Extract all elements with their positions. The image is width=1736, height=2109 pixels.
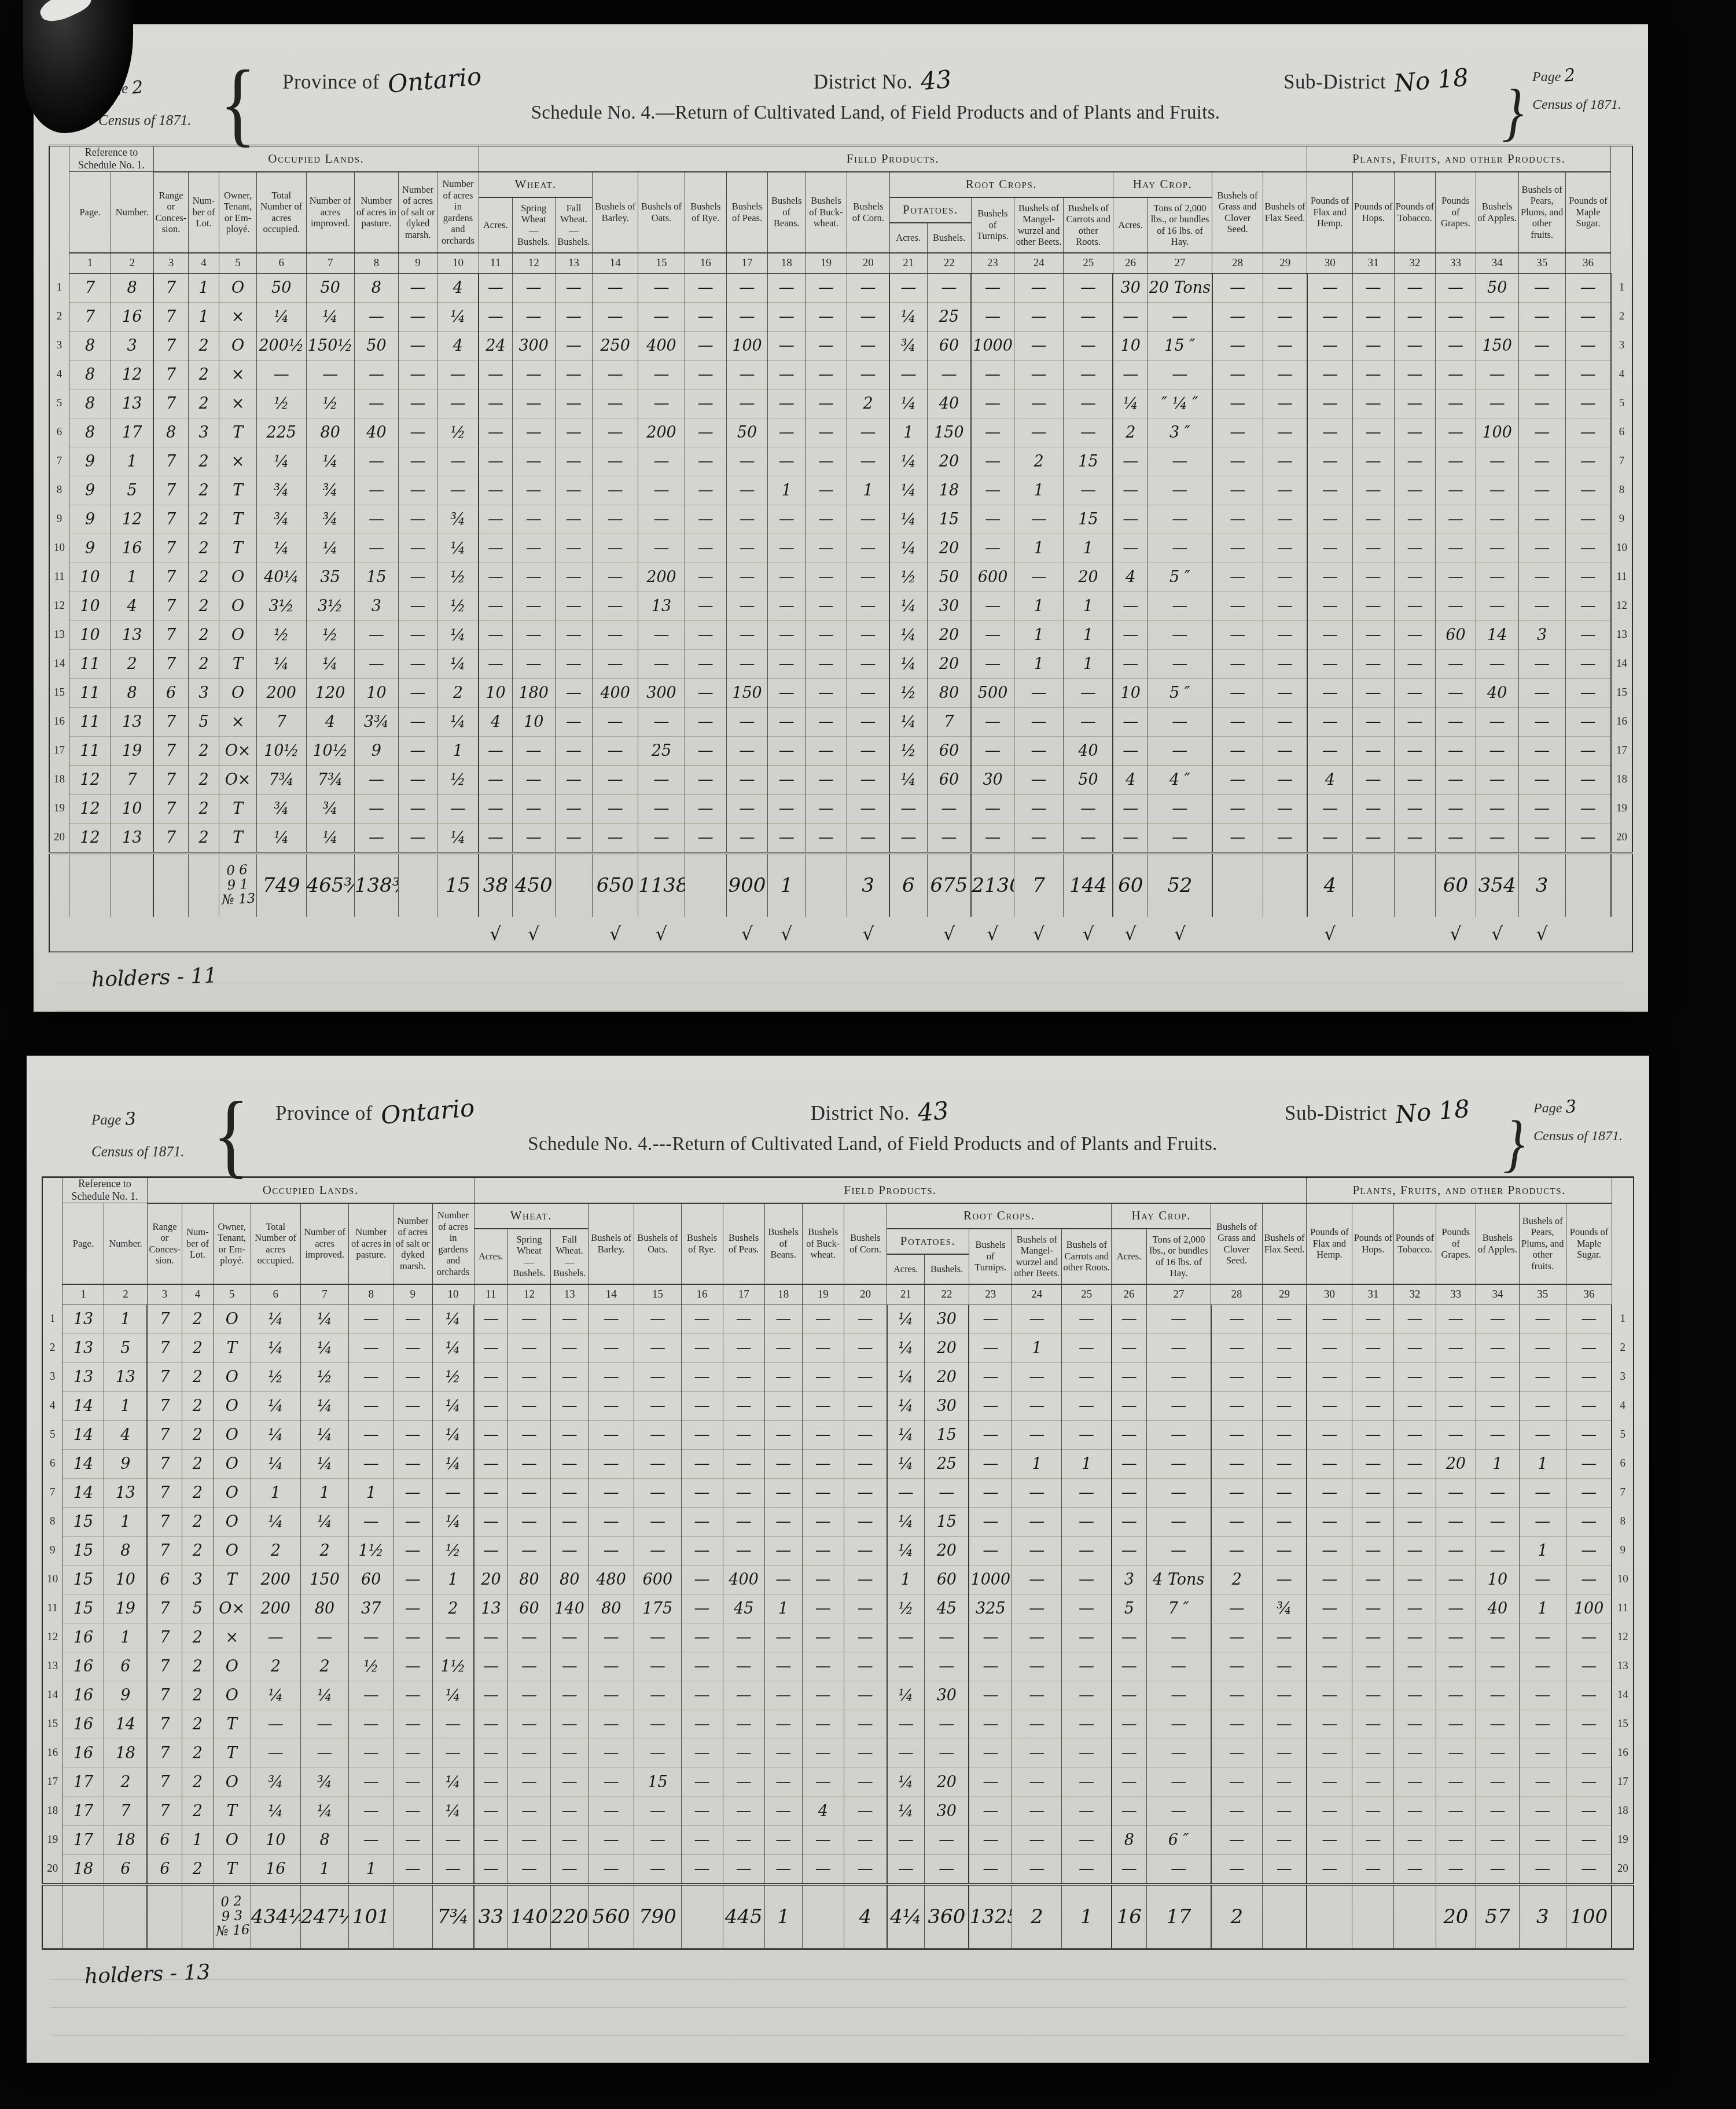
cell: — <box>1394 649 1436 678</box>
group-root-crops: Root Crops. <box>889 172 1113 197</box>
table-row: 991272T¾¾——¾——————————¼15——15———————————… <box>49 505 1632 534</box>
check-mark: √ <box>479 917 512 953</box>
cell: — <box>971 418 1014 447</box>
cell: — <box>1519 1739 1566 1768</box>
table-row: 16111375×743¾—¼410————————¼7————————————… <box>49 707 1632 736</box>
cell: O <box>219 273 257 302</box>
cell: — <box>969 1825 1012 1854</box>
cell: — <box>1112 1623 1146 1652</box>
column-number-1: 1 <box>69 253 111 274</box>
cell: — <box>1014 418 1064 447</box>
cell: — <box>399 302 437 331</box>
column-header-12: Spring Wheat — Bushels. <box>512 197 555 253</box>
column-number-22: 22 <box>925 1284 969 1305</box>
cell: — <box>1146 1507 1211 1536</box>
column-header-30: Pounds of Flax and Hemp. <box>1307 172 1353 253</box>
cell: — <box>971 794 1014 823</box>
cell: 25 <box>925 1449 969 1478</box>
cell: — <box>300 1739 349 1768</box>
row-number: 3 <box>49 331 69 360</box>
cell: — <box>969 1420 1012 1449</box>
cell: 9 <box>104 1681 147 1710</box>
cell: — <box>1262 1739 1307 1768</box>
cell: — <box>1113 823 1147 853</box>
cell: 60 <box>1436 620 1476 649</box>
cell: — <box>589 1652 634 1681</box>
cell: 8 <box>111 273 153 302</box>
cell: — <box>507 1362 550 1391</box>
cell: 400 <box>723 1565 764 1594</box>
cell: — <box>354 360 398 389</box>
cell: — <box>1014 505 1064 534</box>
column-number-3: 3 <box>153 253 188 274</box>
cell: — <box>1014 302 1064 331</box>
group-plants-fruits: Plants, Fruits, and other Products. <box>1307 1177 1612 1203</box>
cell: — <box>768 505 806 534</box>
cell: — <box>1112 1739 1146 1768</box>
cell: — <box>1012 1565 1062 1594</box>
totals-cell: 360 <box>925 1884 969 1949</box>
cell: — <box>555 563 593 591</box>
cell: — <box>1262 1681 1307 1710</box>
corner-page-number-handwritten: 2 <box>1563 58 1576 92</box>
row-number: 4 <box>49 360 69 389</box>
cell: O <box>213 1536 251 1565</box>
cell: — <box>681 1333 723 1362</box>
cell: — <box>1352 389 1394 418</box>
cell: — <box>1148 476 1212 505</box>
cell: O <box>213 1768 251 1796</box>
row-number: 20 <box>1612 1854 1634 1884</box>
cell: — <box>512 765 555 794</box>
cell: — <box>889 794 927 823</box>
cell: — <box>1064 389 1113 418</box>
cell: 2 <box>189 360 219 389</box>
cell: — <box>1476 389 1518 418</box>
cell: 2 <box>189 620 219 649</box>
subdistrict-label: Sub-District <box>1285 1102 1387 1125</box>
totals-cell: 60 <box>1113 853 1147 917</box>
cell: O <box>219 563 257 591</box>
group-root-crops: Root Crops. <box>887 1203 1112 1229</box>
cell: — <box>1062 1420 1112 1449</box>
cell: — <box>1436 505 1476 534</box>
cell: — <box>723 1420 764 1449</box>
cell: — <box>844 1420 887 1449</box>
cell: 100 <box>1566 1594 1612 1623</box>
cell: 7 <box>153 360 188 389</box>
cell: — <box>634 1362 681 1391</box>
column-number-14: 14 <box>593 253 638 274</box>
row-number: 6 <box>1612 1449 1634 1478</box>
schedule4-table: Reference to Schedule No. 1.Occupied Lan… <box>49 145 1633 953</box>
table-row: 481272×———————————————————————————————4 <box>49 360 1632 389</box>
cell: O <box>213 1449 251 1478</box>
column-number-26: 26 <box>1113 253 1147 274</box>
cell: — <box>634 1796 681 1825</box>
cell: — <box>479 534 512 563</box>
corner-census-label: Census of 1871. <box>1533 1129 1623 1144</box>
cell: — <box>555 389 593 418</box>
cell: — <box>1211 1507 1262 1536</box>
cell: — <box>479 620 512 649</box>
cell: 15 <box>927 505 971 534</box>
cell: — <box>1394 823 1436 853</box>
cell: — <box>1476 1768 1519 1796</box>
column-header-7: Number of acres improved. <box>300 1203 349 1284</box>
cell: — <box>638 273 685 302</box>
census-label: Census of 1871. <box>98 113 191 128</box>
totals-cell: 1138 <box>638 853 685 917</box>
cell: — <box>1062 1536 1112 1565</box>
cell: 7 <box>147 1594 182 1623</box>
cell: — <box>507 1768 550 1796</box>
cell: — <box>1307 447 1353 476</box>
cell: — <box>479 563 512 591</box>
check-mark: √ <box>927 917 971 953</box>
cell: — <box>399 418 437 447</box>
row-number <box>1611 853 1632 917</box>
row-number: 3 <box>42 1362 62 1391</box>
cell: — <box>681 1768 723 1796</box>
cell: 10 <box>1476 1565 1519 1594</box>
cell: ¼ <box>437 649 479 678</box>
cell: — <box>479 447 512 476</box>
cell: — <box>1307 794 1353 823</box>
table-row: 15161472T———————————————————————————————… <box>42 1710 1634 1739</box>
row-number: 12 <box>1611 591 1632 620</box>
cell: — <box>1352 1333 1394 1362</box>
page-number-handwritten: 3 <box>123 1100 137 1137</box>
cell: — <box>681 1652 723 1681</box>
cell: 3 <box>1112 1565 1146 1594</box>
cell: — <box>349 1362 393 1391</box>
cell: — <box>551 1652 589 1681</box>
cell: 2 <box>432 1594 474 1623</box>
cell: — <box>1394 1362 1436 1391</box>
cell: — <box>806 505 847 534</box>
cell: 13 <box>638 591 685 620</box>
cell: — <box>354 794 398 823</box>
totals-cell <box>555 853 593 917</box>
cell: — <box>1211 1449 1262 1478</box>
cell: — <box>1394 1594 1436 1623</box>
cell: — <box>1211 1478 1262 1507</box>
cell: — <box>349 1796 393 1825</box>
empty-cell <box>555 917 593 953</box>
cell: — <box>723 1305 764 1333</box>
header-center: Province of Ontario District No. 43 Sub-… <box>270 1097 1476 1155</box>
column-header-27: Tons of 2,000 lbs., or bundles of 16 lbs… <box>1146 1229 1211 1284</box>
cell: ¾ <box>306 505 354 534</box>
cell: 10½ <box>256 736 306 765</box>
cell: — <box>1476 1739 1519 1768</box>
cell: — <box>1476 1825 1519 1854</box>
totals-cell: 6 <box>889 853 927 917</box>
cell: 30 <box>925 1681 969 1710</box>
row-number: 17 <box>49 736 69 765</box>
cell: — <box>638 447 685 476</box>
table-row: 89572T¾¾——————————1—1¼18—1————————————8 <box>49 476 1632 505</box>
cell: — <box>354 620 398 649</box>
cell: 2 <box>182 1391 213 1420</box>
cell: — <box>1212 302 1263 331</box>
cell: — <box>723 1507 764 1536</box>
column-number-8: 8 <box>354 253 398 274</box>
cell: 2 <box>189 534 219 563</box>
cell: — <box>1352 505 1394 534</box>
cell: 1 <box>1519 1536 1566 1565</box>
cell: 120 <box>306 678 354 707</box>
cell: — <box>555 447 593 476</box>
cell: — <box>847 736 889 765</box>
cell: — <box>1262 1623 1307 1652</box>
totals-cell: 450 <box>512 853 555 917</box>
empty-cell <box>153 917 188 953</box>
row-number: 10 <box>1611 534 1632 563</box>
cell: — <box>512 534 555 563</box>
cell: 25 <box>927 302 971 331</box>
cell: ¼ <box>432 1449 474 1478</box>
cell: — <box>1262 1825 1307 1854</box>
cell: — <box>1262 1305 1307 1333</box>
cell: — <box>251 1623 300 1652</box>
cell: — <box>1476 794 1518 823</box>
cell: ¼ <box>251 1420 300 1449</box>
column-number-6: 6 <box>251 1284 300 1305</box>
cell: — <box>1476 1652 1519 1681</box>
cell: 10 <box>104 1565 147 1594</box>
cell: — <box>1518 823 1565 853</box>
cell: 1 <box>1012 1333 1062 1362</box>
cell: — <box>1307 1623 1352 1652</box>
cell: 6 <box>104 1854 147 1884</box>
check-mark: √ <box>971 917 1014 953</box>
column-number-1: 1 <box>62 1284 104 1305</box>
cell: — <box>593 447 638 476</box>
cell: — <box>1476 823 1518 853</box>
cell: — <box>1476 591 1518 620</box>
cell: — <box>1394 1536 1436 1565</box>
subdistrict-value-handwritten: No 18 <box>1393 63 1470 97</box>
cell: — <box>593 563 638 591</box>
cell: 2 <box>189 736 219 765</box>
cell: — <box>1012 1652 1062 1681</box>
cell: — <box>638 389 685 418</box>
cell: — <box>1352 1739 1394 1768</box>
cell: 1 <box>437 736 479 765</box>
cell: — <box>768 591 806 620</box>
cell: O× <box>219 736 257 765</box>
cell: — <box>1352 1565 1394 1594</box>
cell: — <box>723 1768 764 1796</box>
cell: — <box>925 1825 969 1854</box>
cell: ¼ <box>300 1391 349 1420</box>
cell: — <box>551 1825 589 1854</box>
cell: — <box>1262 1362 1307 1391</box>
cell: — <box>1436 823 1476 853</box>
cell: ¼ <box>432 1333 474 1362</box>
cell: — <box>802 1710 844 1739</box>
cell: — <box>1519 1710 1566 1739</box>
cell: 5 ″ <box>1148 678 1212 707</box>
header-center: Province of Ontario District No. 43 Sub-… <box>277 66 1474 124</box>
cell: — <box>802 1825 844 1854</box>
cell: — <box>474 1333 507 1362</box>
cell: 3¾ <box>354 707 398 736</box>
cell: 11 <box>69 678 111 707</box>
cell: — <box>723 1796 764 1825</box>
cell: — <box>1394 1478 1436 1507</box>
column-header-28: Bushels of Grass and Clover Seed. <box>1211 1203 1262 1284</box>
cell: — <box>1148 823 1212 853</box>
row-number: 13 <box>42 1652 62 1681</box>
cell: — <box>764 1449 802 1478</box>
cell: 6 ″ <box>1146 1825 1211 1854</box>
cell: — <box>726 476 768 505</box>
cell: 80 <box>551 1565 589 1594</box>
cell: — <box>685 331 726 360</box>
cell: — <box>844 1825 887 1854</box>
totals-cell: 749 <box>256 853 306 917</box>
cell: 1 <box>1014 649 1064 678</box>
cell: — <box>1394 1565 1436 1594</box>
column-header-24: Bushels of Mangel-wurzel and other Beets… <box>1012 1229 1062 1284</box>
cell: — <box>393 1478 432 1507</box>
column-number-28: 28 <box>1211 1284 1262 1305</box>
cell: — <box>1148 794 1212 823</box>
cell: — <box>1212 447 1263 476</box>
cell: 3 <box>1518 620 1565 649</box>
cell: — <box>1566 1623 1612 1652</box>
cell: — <box>354 476 398 505</box>
cell: — <box>1211 1710 1262 1739</box>
cell: — <box>1394 447 1436 476</box>
cell: ¼ <box>437 534 479 563</box>
cell: — <box>479 505 512 534</box>
cell: 12 <box>111 360 153 389</box>
row-number: 1 <box>1612 1305 1634 1333</box>
column-number-3: 3 <box>147 1284 182 1305</box>
cell: — <box>971 360 1014 389</box>
cell: — <box>634 1681 681 1710</box>
cell: — <box>1476 563 1518 591</box>
province-label: Province of <box>275 1102 373 1125</box>
column-header-4: Num-ber of Lot. <box>182 1203 213 1284</box>
column-header-36: Pounds of Maple Sugar. <box>1566 1203 1612 1284</box>
cell: — <box>1262 1854 1307 1884</box>
cell: ″ ¼ ″ <box>1148 389 1212 418</box>
column-header-5: Owner, Tenant, or Em-ployé. <box>219 172 257 253</box>
cell: 7 <box>153 476 188 505</box>
row-number: 8 <box>1611 476 1632 505</box>
cell: — <box>806 649 847 678</box>
cell: ½ <box>300 1362 349 1391</box>
cell: — <box>1518 418 1565 447</box>
cell: ¼ <box>432 1305 474 1333</box>
cell: 2 <box>182 1739 213 1768</box>
cell: O <box>213 1652 251 1681</box>
cell: — <box>971 620 1014 649</box>
table-row: 514472O¼¼——¼——————————¼15——————————————5 <box>42 1420 1634 1449</box>
row-number: 18 <box>42 1796 62 1825</box>
cell: — <box>1352 707 1394 736</box>
row-number: 5 <box>49 389 69 418</box>
cell: — <box>256 360 306 389</box>
cell: — <box>1012 1536 1062 1565</box>
cell: — <box>1112 1362 1146 1391</box>
cell: — <box>1307 563 1353 591</box>
cell: — <box>1565 765 1611 794</box>
cell: — <box>507 1449 550 1478</box>
table-row: 7141372O111————————————————————————————7 <box>42 1478 1634 1507</box>
cell: — <box>887 1854 925 1884</box>
column-header-14: Bushels of Barley. <box>593 172 638 253</box>
cell: — <box>1012 1305 1062 1333</box>
cell: — <box>638 765 685 794</box>
cell: — <box>1307 1796 1352 1825</box>
cell: — <box>1476 1478 1519 1507</box>
cell: — <box>1064 823 1113 853</box>
cell: 1 <box>1014 591 1064 620</box>
cell: 7 <box>153 273 188 302</box>
cell: — <box>1565 418 1611 447</box>
row-number: 1 <box>49 273 69 302</box>
row-number: 6 <box>42 1449 62 1478</box>
totals-row: 0 69 1№ 13749465¾138¾1538450650113890013… <box>49 853 1632 917</box>
cell: 60 <box>927 331 971 360</box>
cell: 1 <box>1062 1449 1112 1478</box>
cell: — <box>685 707 726 736</box>
cell: 10 <box>111 794 153 823</box>
cell: — <box>1476 765 1518 794</box>
cell: 7 <box>147 1796 182 1825</box>
cell: — <box>925 1739 969 1768</box>
cell: 45 <box>723 1594 764 1623</box>
cell: — <box>1211 1623 1262 1652</box>
cell: ¼ <box>889 649 927 678</box>
cell: O <box>213 1681 251 1710</box>
cell: 8 <box>354 273 398 302</box>
cell: — <box>723 1333 764 1362</box>
cell: 10 <box>354 678 398 707</box>
cell: — <box>512 736 555 765</box>
cell: 10 <box>69 563 111 591</box>
cell: — <box>806 302 847 331</box>
column-number-4: 4 <box>182 1284 213 1305</box>
cell: 8 <box>300 1825 349 1854</box>
column-number-31: 31 <box>1352 253 1394 274</box>
cell: 6 <box>147 1565 182 1594</box>
cell: 1 <box>1476 1449 1519 1478</box>
cell: — <box>681 1681 723 1710</box>
cell: — <box>969 1681 1012 1710</box>
cell: ¼ <box>889 447 927 476</box>
totals-cell <box>1263 853 1307 917</box>
cell: — <box>1436 389 1476 418</box>
cell: — <box>1394 707 1436 736</box>
cell: 30 <box>925 1391 969 1420</box>
column-header-31: Pounds of Hops. <box>1352 1203 1394 1284</box>
cell: 15 <box>62 1565 104 1594</box>
cell: 13 <box>104 1478 147 1507</box>
cell: — <box>1212 823 1263 853</box>
cell: — <box>1146 1362 1211 1391</box>
table-row: 1717272O¾¾——¼————15—————¼20—————————————… <box>42 1768 1634 1796</box>
column-number-17: 17 <box>723 1284 764 1305</box>
cell: — <box>847 794 889 823</box>
column-number-6: 6 <box>256 253 306 274</box>
